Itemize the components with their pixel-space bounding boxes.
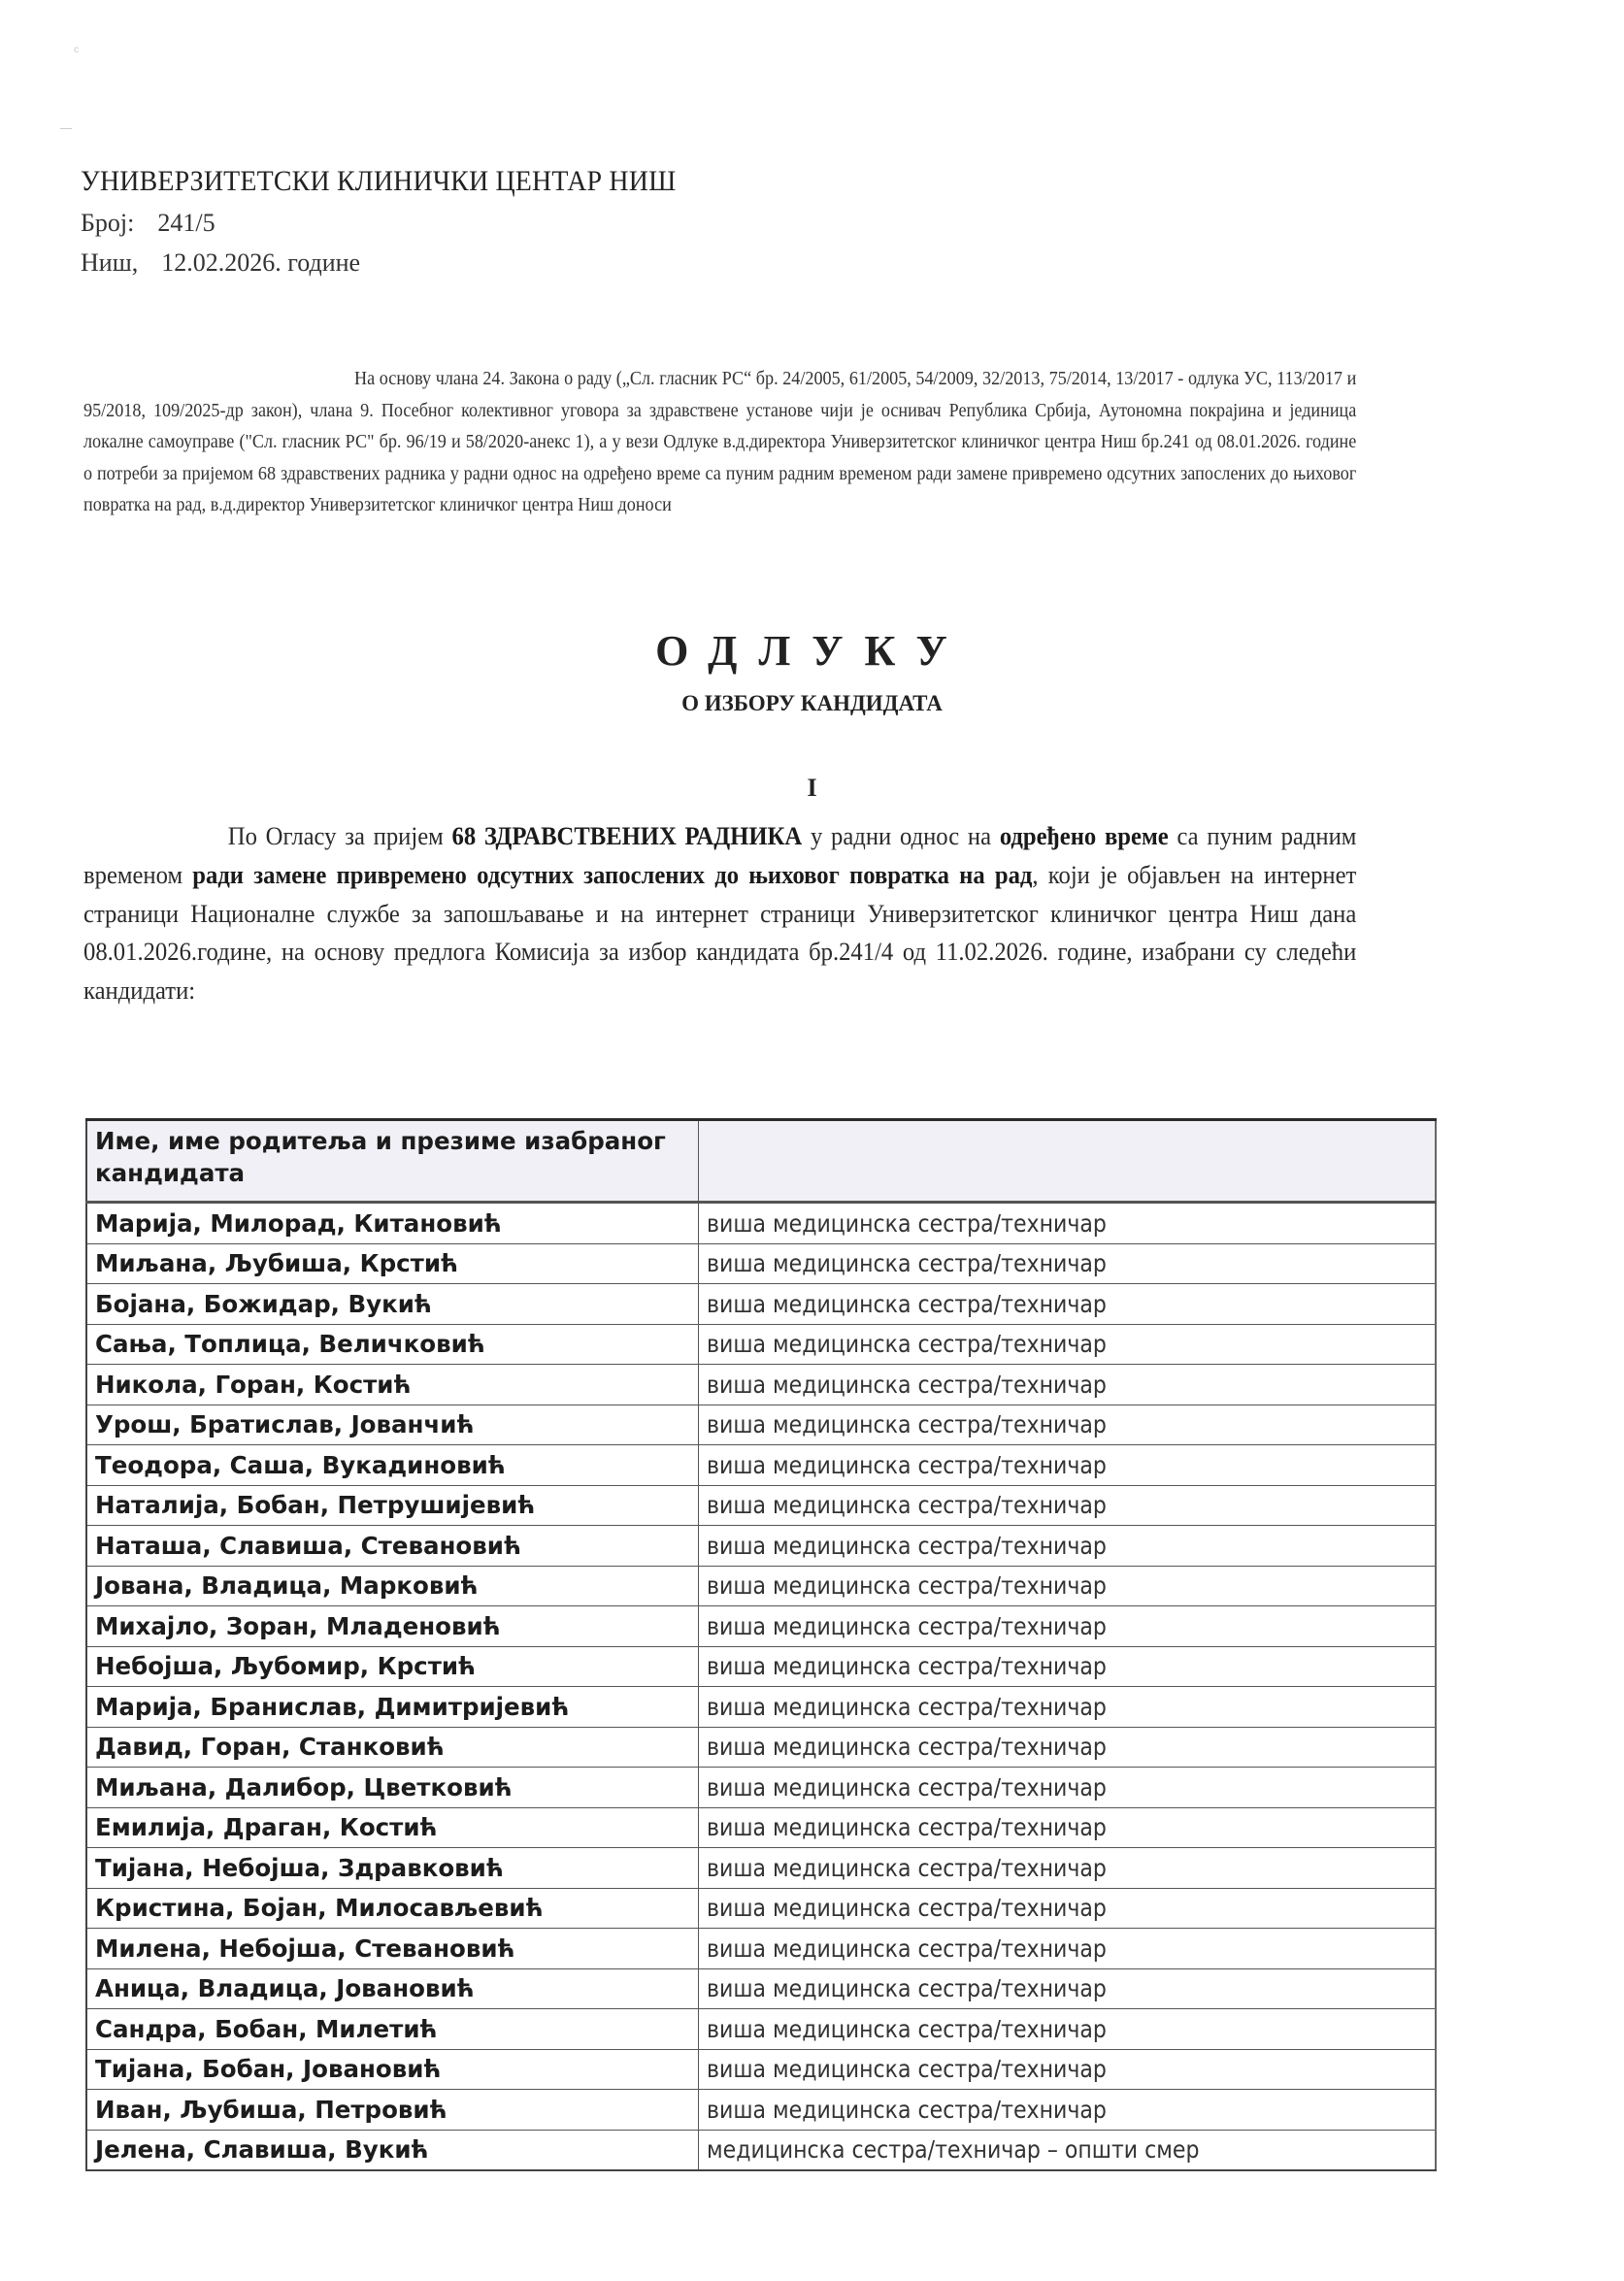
table-row: Јелена, Славиша, Вукићмедицинска сестра/… xyxy=(86,2130,1436,2170)
candidate-name: Кристина, Бојан, Милосављевић xyxy=(86,1888,699,1929)
candidate-position: виша медицинска сестра/техничар xyxy=(707,1290,1107,1318)
scan-artifact-line xyxy=(60,128,72,129)
candidate-position: виша медицинска сестра/техничар xyxy=(707,1451,1107,1479)
table-row: Сања, Топлица, Величковићвиша медицинска… xyxy=(86,1324,1436,1365)
section-number: I xyxy=(0,774,1624,803)
candidate-position-cell: виша медицинска сестра/техничар xyxy=(699,1445,1437,1486)
table-row: Марија, Милорад, Китановићвиша медицинск… xyxy=(86,1203,1436,1244)
candidate-position: виша медицинска сестра/техничар xyxy=(707,1330,1107,1358)
candidate-position-cell: виша медицинска сестра/техничар xyxy=(699,1485,1437,1526)
table-row: Урош, Братислав, Јованчићвиша медицинска… xyxy=(86,1405,1436,1445)
candidate-name: Наталија, Бобан, Петрушијевић xyxy=(86,1485,699,1526)
candidate-position-cell: виша медицинска сестра/техничар xyxy=(699,1284,1437,1325)
candidate-name: Миљана, Далибор, Цветковић xyxy=(86,1768,699,1808)
candidate-position-cell: виша медицинска сестра/техничар xyxy=(699,1566,1437,1606)
candidate-position: виша медицинска сестра/техничар xyxy=(707,2096,1107,2124)
candidate-name: Сандра, Бобан, Милетић xyxy=(86,2009,699,2050)
candidate-position: виша медицинска сестра/техничар xyxy=(707,1733,1107,1761)
document-date: Ниш,12.02.2026. године xyxy=(81,248,360,278)
table-row: Наталија, Бобан, Петрушијевићвиша медици… xyxy=(86,1485,1436,1526)
preamble-text: На основу члана 24. Закона о раду („Сл. … xyxy=(83,369,1356,515)
candidate-position: виша медицинска сестра/техничар xyxy=(707,1854,1107,1882)
candidate-name: Давид, Горан, Станковић xyxy=(86,1727,699,1768)
candidate-position-cell: виша медицинска сестра/техничар xyxy=(699,1807,1437,1848)
table-row: Аница, Владица, Јовановићвиша медицинска… xyxy=(86,1968,1436,2009)
body-bold-reason: ради замене привремено одсутних запослен… xyxy=(192,860,1032,889)
candidate-position: виша медицинска сестра/техничар xyxy=(707,1371,1107,1399)
candidate-position: виша медицинска сестра/техничар xyxy=(707,1894,1107,1922)
candidate-position-cell: виша медицинска сестра/техничар xyxy=(699,2090,1437,2131)
candidate-position: виша медицинска сестра/техничар xyxy=(707,2055,1107,2083)
candidate-position-cell: виша медицинска сестра/техничар xyxy=(699,1606,1437,1647)
candidate-position-cell: виша медицинска сестра/техничар xyxy=(699,1365,1437,1405)
body-bold-count: 68 ЗДРАВСТВЕНИХ РАДНИКА xyxy=(452,821,803,850)
candidate-name: Урош, Братислав, Јованчић xyxy=(86,1405,699,1445)
candidate-position: виша медицинска сестра/техничар xyxy=(707,2015,1107,2043)
table-header-row: Име, име родитеља и презиме изабраног ка… xyxy=(86,1120,1436,1203)
candidate-name: Михајло, Зоран, Младеновић xyxy=(86,1606,699,1647)
candidate-position: виша медицинска сестра/техничар xyxy=(707,1773,1107,1802)
table-row: Теодора, Саша, Вукадиновићвиша медицинск… xyxy=(86,1445,1436,1486)
body-bold-term: одређено време xyxy=(1000,821,1169,850)
candidate-position-cell: виша медицинска сестра/техничар xyxy=(699,2009,1437,2050)
candidate-position: виша медицинска сестра/техничар xyxy=(707,1693,1107,1721)
candidate-name: Сања, Топлица, Величковић xyxy=(86,1324,699,1365)
candidate-name: Тијана, Небојша, Здравковић xyxy=(86,1848,699,1889)
candidate-position-cell: виша медицинска сестра/техничар xyxy=(699,1687,1437,1728)
candidate-name: Наташа, Славиша, Стевановић xyxy=(86,1526,699,1567)
candidate-position: виша медицинска сестра/техничар xyxy=(707,1249,1107,1277)
decision-title: ОДЛУКУ xyxy=(0,626,1624,676)
candidates-table-body: Марија, Милорад, Китановићвиша медицинск… xyxy=(86,1203,1436,2171)
table-row: Михајло, Зоран, Младеновићвиша медицинск… xyxy=(86,1606,1436,1647)
candidate-name: Миљана, Љубиша, Крстић xyxy=(86,1243,699,1284)
table-row: Марија, Бранислав, Димитријевићвиша меди… xyxy=(86,1687,1436,1728)
decision-subtitle: О ИЗБОРУ КАНДИДАТА xyxy=(0,691,1624,716)
candidate-name: Јелена, Славиша, Вукић xyxy=(86,2130,699,2170)
table-row: Небојша, Љубомир, Крстићвиша медицинска … xyxy=(86,1646,1436,1687)
candidates-table: Име, име родитеља и презиме изабраног ка… xyxy=(85,1118,1437,2171)
table-row: Тијана, Небојша, Здравковићвиша медицинс… xyxy=(86,1848,1436,1889)
table-row: Јована, Владица, Марковићвиша медицинска… xyxy=(86,1566,1436,1606)
candidate-position: виша медицинска сестра/техничар xyxy=(707,1491,1107,1519)
candidate-name: Аница, Владица, Јовановић xyxy=(86,1968,699,2009)
table-row: Миљана, Љубиша, Крстићвиша медицинска се… xyxy=(86,1243,1436,1284)
candidate-position: виша медицинска сестра/техничар xyxy=(707,1652,1107,1680)
candidate-position-cell: виша медицинска сестра/техничар xyxy=(699,1888,1437,1929)
candidate-name: Милена, Небојша, Стевановић xyxy=(86,1929,699,1969)
candidate-position: виша медицинска сестра/техничар xyxy=(707,1532,1107,1560)
candidate-name: Небојша, Љубомир, Крстић xyxy=(86,1646,699,1687)
table-row: Кристина, Бојан, Милосављевићвиша медици… xyxy=(86,1888,1436,1929)
body-text: По Огласу за пријем xyxy=(228,821,444,850)
candidate-position-cell: виша медицинска сестра/техничар xyxy=(699,1768,1437,1808)
column-header-name: Име, име родитеља и презиме изабраног ка… xyxy=(86,1120,699,1203)
candidate-position: виша медицинска сестра/техничар xyxy=(707,1813,1107,1841)
document-number: Број:241/5 xyxy=(81,209,215,238)
candidate-position-cell: медицинска сестра/техничар – општи смер xyxy=(699,2130,1437,2170)
candidate-name: Теодора, Саша, Вукадиновић xyxy=(86,1445,699,1486)
table-row: Бојана, Божидар, Вукићвиша медицинска се… xyxy=(86,1284,1436,1325)
table-row: Милена, Небојша, Стевановићвиша медицинс… xyxy=(86,1929,1436,1969)
candidate-name: Тијана, Бобан, Јовановић xyxy=(86,2049,699,2090)
table-row: Тијана, Бобан, Јовановићвиша медицинска … xyxy=(86,2049,1436,2090)
candidate-position-cell: виша медицинска сестра/техничар xyxy=(699,1848,1437,1889)
candidate-position-cell: виша медицинска сестра/техничар xyxy=(699,1646,1437,1687)
candidate-name: Иван, Љубиша, Петровић xyxy=(86,2090,699,2131)
candidate-position: виша медицинска сестра/техничар xyxy=(707,1209,1107,1238)
date-value: 12.02.2026. године xyxy=(161,248,360,277)
document-number-label: Број: xyxy=(81,209,134,237)
table-row: Сандра, Бобан, Милетићвиша медицинска се… xyxy=(86,2009,1436,2050)
body-text: у радни однос на xyxy=(811,821,991,850)
candidate-position-cell: виша медицинска сестра/техничар xyxy=(699,1243,1437,1284)
document-number-value: 241/5 xyxy=(157,209,215,237)
candidate-position: виша медицинска сестра/техничар xyxy=(707,1571,1107,1600)
candidate-position: виша медицинска сестра/техничар xyxy=(707,1410,1107,1438)
table-row: Давид, Горан, Станковићвиша медицинска с… xyxy=(86,1727,1436,1768)
table-row: Иван, Љубиша, Петровићвиша медицинска се… xyxy=(86,2090,1436,2131)
table-row: Никола, Горан, Костићвиша медицинска сес… xyxy=(86,1365,1436,1405)
table-row: Миљана, Далибор, Цветковићвиша медицинск… xyxy=(86,1768,1436,1808)
table-row: Емилија, Драган, Костићвиша медицинска с… xyxy=(86,1807,1436,1848)
candidate-name: Никола, Горан, Костић xyxy=(86,1365,699,1405)
candidate-name: Емилија, Драган, Костић xyxy=(86,1807,699,1848)
candidate-position-cell: виша медицинска сестра/техничар xyxy=(699,1203,1437,1244)
column-header-position xyxy=(699,1120,1437,1203)
candidate-name: Јована, Владица, Марковић xyxy=(86,1566,699,1606)
candidate-position-cell: виша медицинска сестра/техничар xyxy=(699,1405,1437,1445)
candidate-name: Марија, Бранислав, Димитријевић xyxy=(86,1687,699,1728)
candidate-position-cell: виша медицинска сестра/техничар xyxy=(699,1929,1437,1969)
scan-artifact-mark: c xyxy=(74,45,79,55)
candidate-position-cell: виша медицинска сестра/техничар xyxy=(699,1324,1437,1365)
candidate-name: Марија, Милорад, Китановић xyxy=(86,1203,699,1244)
place-label: Ниш, xyxy=(81,248,138,277)
candidate-position-cell: виша медицинска сестра/техничар xyxy=(699,1526,1437,1567)
candidate-position: медицинска сестра/техничар – општи смер xyxy=(707,2135,1199,2164)
organization-name: УНИВЕРЗИТЕТСКИ КЛИНИЧКИ ЦЕНТАР НИШ xyxy=(81,165,676,198)
table-row: Наташа, Славиша, Стевановићвиша медицинс… xyxy=(86,1526,1436,1567)
candidate-position: виша медицинска сестра/техничар xyxy=(707,1612,1107,1640)
body-paragraph: По Огласу за пријем 68 ЗДРАВСТВЕНИХ РАДН… xyxy=(83,817,1356,1010)
candidate-position-cell: виша медицинска сестра/техничар xyxy=(699,1727,1437,1768)
candidate-position-cell: виша медицинска сестра/техничар xyxy=(699,1968,1437,2009)
preamble-paragraph: На основу члана 24. Закона о раду („Сл. … xyxy=(83,364,1356,522)
candidate-name: Бојана, Божидар, Вукић xyxy=(86,1284,699,1325)
candidate-position: виша медицинска сестра/техничар xyxy=(707,1934,1107,1963)
candidate-position-cell: виша медицинска сестра/техничар xyxy=(699,2049,1437,2090)
candidate-position: виша медицинска сестра/техничар xyxy=(707,1974,1107,2002)
